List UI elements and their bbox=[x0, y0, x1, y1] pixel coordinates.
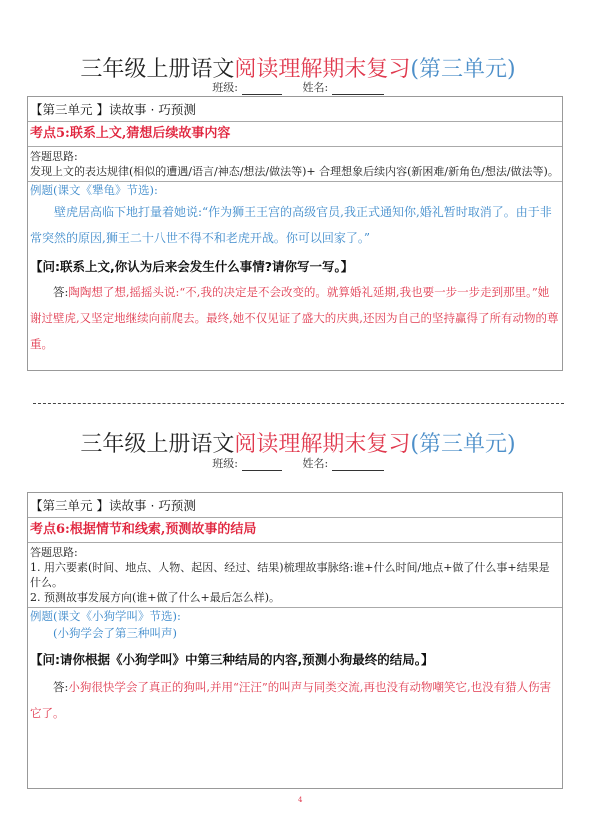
thinking-section: 答题思路: 1. 用六要素(时间、地点、人物、起因、经过、结果)梳理故事脉络:谁… bbox=[28, 543, 562, 608]
name-label: 姓名: bbox=[303, 81, 329, 94]
student-info: 班级: 姓名: bbox=[0, 79, 596, 95]
unit-header: 【第三单元 】读故事 · 巧预测 bbox=[28, 493, 562, 518]
exercise-card: 【第三单元 】读故事 · 巧预测 考点6:根据情节和线索,预测故事的结局 答题思… bbox=[27, 492, 563, 789]
name-label: 姓名: bbox=[303, 457, 329, 470]
kaodian-heading: 考点5:联系上文,猜想后续故事内容 bbox=[28, 122, 562, 147]
class-blank[interactable] bbox=[242, 82, 282, 95]
thinking-label: 答题思路: bbox=[30, 149, 560, 164]
name-blank[interactable] bbox=[332, 82, 384, 95]
thinking-label: 答题思路: bbox=[30, 545, 560, 560]
thinking-line: 发现上文的表达规律(相似的遭遇/语言/神态/想法/做法等)+ 合理想象后续内容(… bbox=[30, 164, 560, 179]
page-divider bbox=[33, 403, 564, 404]
title-subject: 阅读理解期末复习 bbox=[234, 432, 410, 457]
thinking-section: 答题思路: 发现上文的表达规律(相似的遭遇/语言/神态/想法/做法等)+ 合理想… bbox=[28, 147, 562, 182]
exercise-card: 【第三单元 】读故事 · 巧预测 考点5:联系上文,猜想后续故事内容 答题思路:… bbox=[27, 96, 563, 371]
answer-section: 答:陶陶想了想,摇摇头说:“不,我的决定是不会改变的。就算婚礼延期,我也要一步一… bbox=[30, 275, 560, 357]
answer-section: 答:小狗很快学会了真正的狗叫,并用“汪汪”的叫声与同类交流,再也没有动物嘲笑它,… bbox=[30, 668, 560, 726]
page-title: 三年级上册语文阅读理解期末复习(第三单元) bbox=[0, 427, 596, 458]
example-body: (小狗学会了第三种叫声) bbox=[30, 625, 560, 642]
title-grade: 三年级上册语文 bbox=[80, 432, 234, 457]
example-label: 例题(课文《犟龟》节选): bbox=[30, 182, 560, 199]
class-label: 班级: bbox=[212, 81, 238, 94]
class-blank[interactable] bbox=[242, 458, 282, 471]
student-info: 班级: 姓名: bbox=[0, 455, 596, 471]
thinking-line: 1. 用六要素(时间、地点、人物、起因、经过、结果)梳理故事脉络:谁+什么时间/… bbox=[30, 560, 560, 590]
thinking-line: 2. 预测故事发展方向(谁+做了什么+最后怎么样)。 bbox=[30, 590, 560, 605]
answer-prefix: 答: bbox=[53, 680, 68, 694]
answer-text[interactable]: 陶陶想了想,摇摇头说:“不,我的决定是不会改变的。就算婚礼延期,我也要一步一步走… bbox=[30, 285, 558, 351]
question-text: 【问:联系上文,你认为后来会发生什么事情?请你写一写。】 bbox=[30, 251, 560, 275]
page-number: 4 bbox=[298, 796, 302, 804]
answer-text[interactable]: 小狗很快学会了真正的狗叫,并用“汪汪”的叫声与同类交流,再也没有动物嘲笑它,也没… bbox=[30, 680, 551, 720]
unit-header: 【第三单元 】读故事 · 巧预测 bbox=[28, 97, 562, 122]
example-label: 例题(课文《小狗学叫》节选): bbox=[30, 608, 560, 625]
example-section: 例题(课文《犟龟》节选): 壁虎居高临下地打量着她说:“作为狮王王宫的高级官员,… bbox=[28, 182, 562, 357]
answer-prefix: 答: bbox=[53, 285, 68, 299]
title-unit: (第三单元) bbox=[410, 432, 515, 457]
class-label: 班级: bbox=[212, 457, 238, 470]
kaodian-heading: 考点6:根据情节和线索,预测故事的结局 bbox=[28, 518, 562, 543]
question-text: 【问:请你根据《小狗学叫》中第三种结局的内容,预测小狗最终的结局。】 bbox=[30, 642, 560, 668]
example-section: 例题(课文《小狗学叫》节选): (小狗学会了第三种叫声) 【问:请你根据《小狗学… bbox=[28, 608, 562, 726]
name-blank[interactable] bbox=[332, 458, 384, 471]
example-body: 壁虎居高临下地打量着她说:“作为狮王王宫的高级官员,我正式通知你,婚礼暂时取消了… bbox=[30, 199, 560, 251]
